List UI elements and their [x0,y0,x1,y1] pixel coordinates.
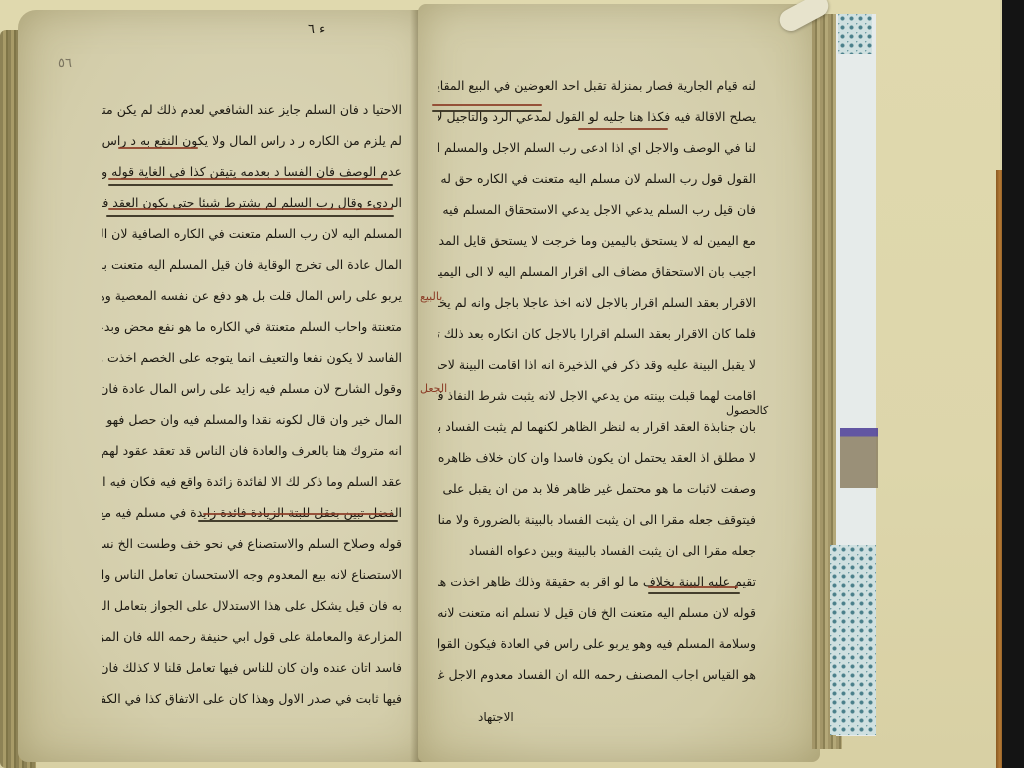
text-line: به فان قيل يشكل على هذا الاستدلال على ال… [102,590,402,621]
text-line: فان قيل رب السلم يدعي الاجل يدعي الاستحق… [438,194,756,225]
text-line: لنه قيام الجارية فصار بمنزلة تقبل احد ال… [438,70,756,101]
text-line: الفاسد لا يكون نفعا والتعيف انما يتوجه ع… [102,342,402,373]
text-line: قوله لان مسلم اليه متعنت الخ فان قيل لا … [438,597,756,628]
text-line: يربو على راس المال قلت بل هو دفع عن نفسه… [102,280,402,311]
red-underline [108,208,393,210]
text-line: لا مطلق اذ العقد يحتمل ان يكون فاسدا وان… [438,442,756,473]
text-line: لا يقبل البينة عليه وقد ذكر في الذخيرة ا… [438,349,756,380]
cover-stain [840,428,878,488]
text-line: لنا في الوصف والاجل اي اذا ادعى رب السلم… [438,132,756,163]
text-line: مع اليمين له لا يستحق باليمين وما خرجت ل… [438,225,756,256]
text-line: فيتوقف جعله مقرا الى ان يثبت الفساد بالب… [438,504,756,535]
text-line: وصفت لاثبات ما هو محتمل غير ظاهر فلا بد … [438,473,756,504]
black-rule [198,520,398,522]
text-line: بان جنابذة العقد اقرار به لنظر الظاهر لك… [438,411,756,442]
right-page-text: لنه قيام الجارية فصار بمنزلة تقبل احد ال… [438,70,756,690]
right-page: لنه قيام الجارية فصار بمنزلة تقبل احد ال… [418,4,820,762]
text-line: وقول الشارح لان مسلم فيه زايد على راس ال… [102,373,402,404]
catchword: الاجتهاد [478,710,514,724]
text-line: المال عادة الى تخرج الوقاية فان قيل المس… [102,249,402,280]
black-rule [648,592,740,594]
text-line: القول قول رب السلم لان مسلم اليه متعنت ف… [438,163,756,194]
text-line: اقامت لهما قبلت بينته من يدعي الاجل لانه… [438,380,756,411]
top-mark: ء ٦ [308,22,325,37]
margin-note: كالحصول [726,404,768,417]
text-line: المال خير وان قال لكونه نقدا والمسلم فيه… [102,404,402,435]
text-line: الاقرار بعقد السلم اقرار بالاجل لانه اخذ… [438,287,756,318]
text-line: فيها ثابت في صدر الاول وهذا كان على الات… [102,683,402,714]
folio-number: ٥٦ [58,56,72,71]
text-line: وسلامة المسلم فيه وهو يربو على راس في ال… [438,628,756,659]
red-underline [203,513,393,515]
text-line: جعله مقرا الى ان يثبت الفساد بالبينة وبي… [438,535,756,566]
red-underline [578,128,668,130]
text-line: الرديء وقال رب السلم لم يشترط شيئا حتى ي… [102,187,402,218]
red-underline [648,586,738,588]
cover-pattern-bottom [830,545,876,735]
red-underline [118,147,198,149]
black-rule [432,110,542,112]
text-line: لم يلزم من الكاره ر د راس المال ولا يكون… [102,125,402,156]
text-line: هو القياس اجاب المصنف رحمه الله ان الفسا… [438,659,756,690]
margin-note: بالبيع [420,290,442,303]
text-line: الاستصناع لانه بيع المعدوم وجه الاستحسان… [102,559,402,590]
text-line: عقد السلم وما ذكر لك الا لفائدة زائدة وا… [102,466,402,497]
black-rule [106,215,394,217]
dark-background-edge [1002,0,1024,768]
red-underline [432,104,542,106]
margin-note: الجعل [420,382,447,395]
text-line: قوله وصلاح السلم والاستصناع في نحو خف وط… [102,528,402,559]
text-line: الاحتيا د فان السلم جايز عند الشافعي لعد… [102,94,402,125]
text-line: المسلم اليه لان رب السلم متعنت في الكاره… [102,218,402,249]
text-line: متعنتة واحاب السلم متعنتة في الكاره ما ه… [102,311,402,342]
text-line: عدم الوصف فان الفسا د بعدمه يتيقن كذا في… [102,156,402,187]
left-page: ٥٦ ء ٦ الاحتيا د فان السلم جايز عند الشا… [18,10,432,762]
red-underline [108,178,388,180]
text-line: فاسد اتان عنده وان كان للناس فيها تعامل … [102,652,402,683]
text-line: فلما كان الاقرار بعقد السلم اقرارا بالاج… [438,318,756,349]
left-page-text: الاحتيا د فان السلم جايز عند الشافعي لعد… [102,94,402,714]
black-rule [108,184,393,186]
cover-pattern-top [838,14,872,54]
text-line: المزارعة والمعاملة على قول ابي حنيفة رحم… [102,621,402,652]
text-line: اجيب بان الاستحقاق مضاف الى اقرار المسلم… [438,256,756,287]
text-line: انه متروك هنا بالعرف والعادة فان الناس ق… [102,435,402,466]
